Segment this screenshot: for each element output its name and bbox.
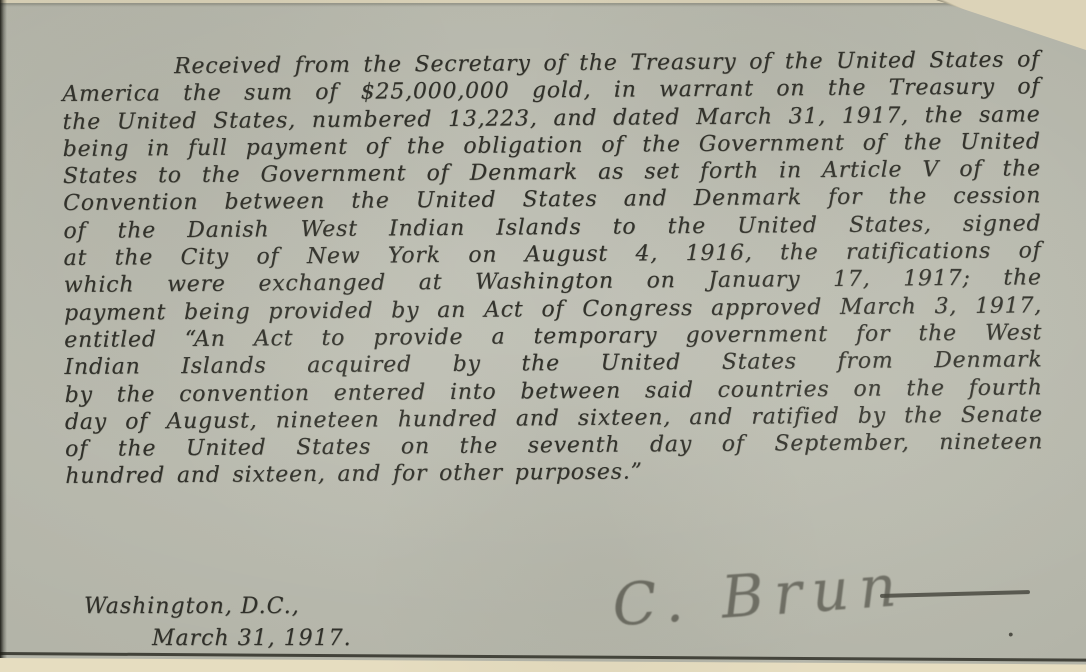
mat-corner-top-right xyxy=(936,0,1086,50)
footer-date: March 31, 1917. xyxy=(152,626,352,651)
signature: C. Brun xyxy=(610,541,1054,640)
document-photo: Received from the Secretary of the Treas… xyxy=(0,0,1086,672)
photo-edge-left xyxy=(0,0,7,672)
signature-period: . xyxy=(1006,622,1016,632)
mat-edge-top xyxy=(0,0,1086,3)
body-text: Received from the Secretary of the Treas… xyxy=(62,46,1043,490)
footer-place: Washington, D.C., xyxy=(84,594,300,619)
